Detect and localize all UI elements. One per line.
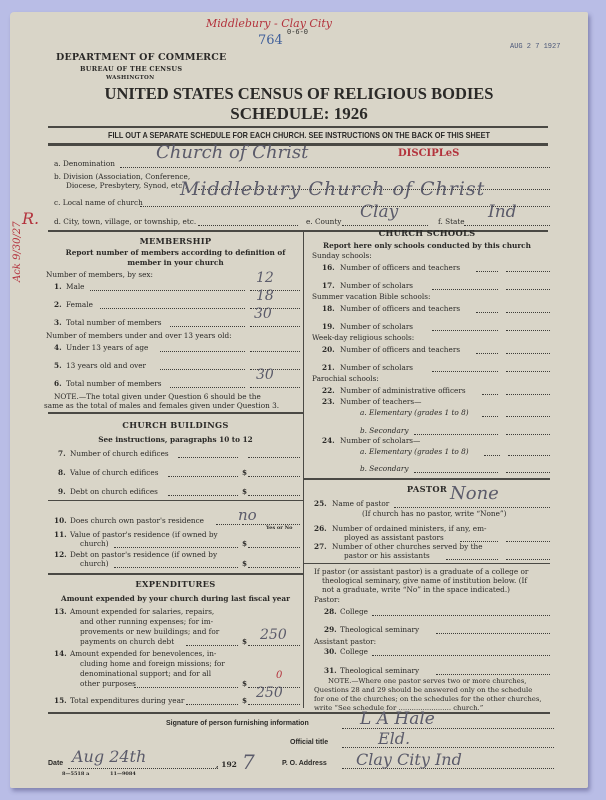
official-title-field[interactable] xyxy=(342,747,554,748)
state-field[interactable] xyxy=(464,225,550,226)
schedule-title: SCHEDULE: 1926 xyxy=(10,104,588,124)
q15-label: Total expenditures during year xyxy=(70,696,184,705)
q16-label: Number of officers and teachers xyxy=(340,263,460,272)
q13-line1: Amount expended for salaries, repairs, xyxy=(70,607,214,616)
q24a-field[interactable] xyxy=(508,455,550,456)
q6-label: Total number of members xyxy=(66,379,162,388)
department-name: DEPARTMENT OF COMMERCE xyxy=(56,52,226,63)
q23b-leader xyxy=(414,434,498,435)
q4-leader xyxy=(160,351,245,352)
q31-assistant-seminary-field[interactable] xyxy=(436,674,550,675)
summer-schools-label: Summer vacation Bible schools: xyxy=(312,292,430,301)
q3-num: 3. xyxy=(54,318,62,327)
q10-num: 10. xyxy=(54,516,67,525)
church-schools-heading: CHURCH SCHOOLS xyxy=(304,228,550,238)
graduate-note-1: If pastor (or assistant pastor) is a gra… xyxy=(314,567,528,576)
pastor-heading: PASTOR xyxy=(304,484,550,494)
q3-total-value: 30 xyxy=(254,306,272,322)
q22-label: Number of administrative officers xyxy=(340,386,466,395)
church-buildings-subheading: See instructions, paragraphs 10 to 12 xyxy=(48,435,303,444)
church-buildings-heading: CHURCH BUILDINGS xyxy=(48,420,303,430)
signature-value: L A Hale xyxy=(360,709,435,729)
q22-field[interactable] xyxy=(506,394,550,395)
q6-total-value: 30 xyxy=(256,367,274,383)
q22-leader xyxy=(482,394,498,395)
q29-num: 29. xyxy=(324,625,337,634)
schedule-code: 0-6-0 xyxy=(287,29,308,37)
q17-leader xyxy=(432,289,498,290)
local-name-label: c. Local name of church xyxy=(54,198,143,207)
membership-note-2: same as the total of males and females g… xyxy=(44,401,279,410)
q18-leader xyxy=(476,312,498,313)
q20-leader xyxy=(476,353,498,354)
q6-num: 6. xyxy=(54,379,62,388)
q13-num: 13. xyxy=(54,607,67,616)
q12-label: Debt on pastor's residence (if owned by xyxy=(70,550,217,559)
q24b-leader xyxy=(414,472,498,473)
divider xyxy=(304,563,550,564)
q23a-leader xyxy=(482,416,498,417)
q11-label: Value of pastor's residence (if owned by xyxy=(70,530,218,539)
q19-num: 19. xyxy=(322,322,335,331)
q30-num: 30. xyxy=(324,647,337,656)
q27-leader xyxy=(446,559,498,560)
q12-leader xyxy=(114,567,238,568)
members-by-sex-label: Number of members, by sex: xyxy=(46,270,153,279)
year-prefix: , 192 xyxy=(216,760,237,769)
po-address-value: Clay City Ind xyxy=(356,750,462,769)
year-value: 7 xyxy=(242,750,255,774)
q24-label: Number of scholars— xyxy=(340,436,420,445)
q9-debt-field[interactable] xyxy=(248,495,300,496)
margin-mark: R. xyxy=(22,209,39,228)
q26-line2: ployed as assistant pastors xyxy=(344,533,444,542)
q20-field[interactable] xyxy=(506,353,550,354)
q4-under13-field[interactable] xyxy=(250,351,300,352)
q13-amount-value: 250 xyxy=(260,627,287,643)
q16-field[interactable] xyxy=(506,271,550,272)
membership-note: NOTE.—The total given under Question 6 s… xyxy=(54,392,261,401)
q28-label: College xyxy=(340,607,368,616)
q4-num: 4. xyxy=(54,343,62,352)
official-title-label: Official title xyxy=(290,739,328,746)
dollar-sign: $ xyxy=(242,559,247,568)
dollar-sign: $ xyxy=(242,679,247,688)
q15-total-value: 250 xyxy=(256,685,283,701)
expenditures-subheading: Amount expended by your church during la… xyxy=(48,594,303,603)
weekday-schools-label: Week-day religious schools: xyxy=(312,333,414,342)
graduate-note-3: not a graduate, write “No” in the space … xyxy=(322,585,510,594)
q16-num: 16. xyxy=(322,263,335,272)
q8-value-field[interactable] xyxy=(248,476,300,477)
q4-label: Under 13 years of age xyxy=(66,343,148,352)
q12-num: 12. xyxy=(54,550,67,559)
q2-female-value: 18 xyxy=(256,288,274,304)
pastor-note-2: Questions 28 and 29 should be answered o… xyxy=(314,686,532,694)
q14-num: 14. xyxy=(54,649,67,658)
q18-num: 18. xyxy=(322,304,335,313)
q5-leader xyxy=(160,369,245,370)
q9-label: Debt on church edifices xyxy=(70,487,158,496)
divider xyxy=(48,126,548,128)
q19-leader xyxy=(432,330,498,331)
q1-num: 1. xyxy=(54,282,62,291)
q11-num: 11. xyxy=(54,530,67,539)
q23b-field[interactable] xyxy=(506,434,550,435)
dollar-sign: $ xyxy=(242,539,247,548)
date-label: Date xyxy=(48,760,63,767)
pastor-note-3: for one of the churches; on the schedule… xyxy=(314,695,542,703)
q18-field[interactable] xyxy=(506,312,550,313)
handwritten-location-note: Middlebury - Clay City xyxy=(206,17,332,30)
q14-line2: cluding home and foreign missions; for xyxy=(80,659,225,668)
q23-label: Number of teachers— xyxy=(340,397,421,406)
q23a-label: a. Elementary (grades 1 to 8) xyxy=(360,408,469,417)
assistant-pastor-subheading: Assistant pastor: xyxy=(314,637,376,646)
q12-label-2: church) xyxy=(80,559,109,568)
q13-amount-field[interactable] xyxy=(248,645,300,646)
dollar-sign: $ xyxy=(242,487,247,496)
q23-num: 23. xyxy=(322,397,335,406)
q27-line1: Number of other churches served by the xyxy=(332,542,483,551)
q15-leader xyxy=(186,704,238,705)
city-label: d. City, town, village, or township, etc… xyxy=(54,217,196,226)
q14-line1: Amount expended for benevolences, in- xyxy=(70,649,216,658)
q15-total-field[interactable] xyxy=(248,704,300,705)
column-divider xyxy=(303,232,304,708)
q27-field[interactable] xyxy=(506,559,550,560)
q27-line2: pastor or his assistants xyxy=(344,551,430,560)
q6-total-field[interactable] xyxy=(250,387,300,388)
q17-label: Number of scholars xyxy=(340,281,413,290)
q29-label: Theological seminary xyxy=(340,625,419,634)
q11-label-2: church) xyxy=(80,539,109,548)
q17-num: 17. xyxy=(322,281,335,290)
print-code: 11—9084 xyxy=(110,771,136,777)
q21-num: 21. xyxy=(322,363,335,372)
q24a-label: a. Elementary (grades 1 to 8) xyxy=(360,447,469,456)
q24b-field[interactable] xyxy=(506,472,550,473)
q1-male-value: 12 xyxy=(256,270,274,286)
q17-field[interactable] xyxy=(506,289,550,290)
graduate-note-2: theological seminary, give name of insti… xyxy=(322,576,527,585)
dollar-sign: $ xyxy=(242,637,247,646)
q8-num: 8. xyxy=(58,468,66,477)
q24b-label: b. Secondary xyxy=(360,464,408,473)
q2-label: Female xyxy=(66,300,93,309)
q11-value-field[interactable] xyxy=(248,547,300,548)
q19-field[interactable] xyxy=(506,330,550,331)
q19-label: Number of scholars xyxy=(340,322,413,331)
q10-leader xyxy=(216,524,240,525)
dollar-sign: $ xyxy=(242,468,247,477)
official-title-value: Eld. xyxy=(378,729,410,748)
q1-leader xyxy=(90,290,245,291)
q15-num: 15. xyxy=(54,696,67,705)
q20-label: Number of officers and teachers xyxy=(340,345,460,354)
denomination-field[interactable] xyxy=(120,167,550,168)
q25-pastor-name-value: None xyxy=(450,483,499,504)
q6-leader xyxy=(170,387,245,388)
q26-field[interactable] xyxy=(506,541,550,542)
signature-label: Signature of person furnishing informati… xyxy=(166,720,309,727)
q25-num: 25. xyxy=(314,499,327,508)
date-value: Aug 24th xyxy=(72,747,146,766)
local-name-value: Middlebury Church of Christ xyxy=(180,178,485,200)
county-field[interactable] xyxy=(342,225,428,226)
q3-leader xyxy=(170,326,245,327)
members-by-age-label: Number of members under and over 13 year… xyxy=(46,331,232,340)
expenditures-heading: EXPENDITURES xyxy=(48,579,303,589)
q10-residence-value: no xyxy=(238,506,257,524)
q7-edifices-field[interactable] xyxy=(248,457,300,458)
q11-leader xyxy=(114,547,238,548)
q23b-label: b. Secondary xyxy=(360,426,408,435)
divider xyxy=(304,478,550,480)
q5-label: 13 years old and over xyxy=(66,361,146,370)
q13-leader xyxy=(186,645,238,646)
q7-label: Number of church edifices xyxy=(70,449,169,458)
q8-label: Value of church edifices xyxy=(70,468,158,477)
q27-num: 27. xyxy=(314,542,327,551)
q14-line4: other purposes xyxy=(80,679,136,688)
q2-leader xyxy=(100,308,245,309)
q3-label: Total number of members xyxy=(66,318,162,327)
bureau-city: WASHINGTON xyxy=(106,75,154,81)
q25-label: Name of pastor xyxy=(332,499,389,508)
q30-label: College xyxy=(340,647,368,656)
q5-num: 5. xyxy=(54,361,62,370)
q29-pastor-seminary-field[interactable] xyxy=(436,633,550,634)
q26-num: 26. xyxy=(314,524,327,533)
q28-num: 28. xyxy=(324,607,337,616)
county-label: e. County xyxy=(306,217,341,226)
membership-subheading-2: member in your church xyxy=(48,258,303,267)
q1-label: Male xyxy=(66,282,84,291)
divider xyxy=(48,500,303,501)
division-label: b. Division (Association, Conference, xyxy=(54,172,190,181)
membership-subheading: Report number of members according to de… xyxy=(48,248,303,257)
q7-leader xyxy=(178,457,238,458)
dollar-sign: $ xyxy=(242,696,247,705)
census-schedule-page: Middlebury - Clay City 764 0-6-0 AUG 2 7… xyxy=(10,12,588,788)
pastor-note-1: NOTE.—Where one pastor serves two or mor… xyxy=(328,677,526,685)
q25-hint: (If church has no pastor, write “None”) xyxy=(362,509,507,518)
po-address-label: P. O. Address xyxy=(282,760,327,767)
denomination-label: a. Denomination xyxy=(54,159,115,168)
received-date-stamp: AUG 2 7 1927 xyxy=(510,43,560,51)
q21-field[interactable] xyxy=(506,371,550,372)
denomination-value: Church of Christ xyxy=(156,142,308,163)
q14-line3: denominational support; and for all xyxy=(80,669,211,678)
division-label-2: Diocese, Presbytery, Synod, etc.) xyxy=(66,181,188,190)
divider xyxy=(48,712,550,714)
instruction-banner: FILL OUT A SEPARATE SCHEDULE FOR EACH CH… xyxy=(50,130,547,140)
q20-num: 20. xyxy=(322,345,335,354)
parochial-schools-label: Parochial schools: xyxy=(312,374,379,383)
q7-num: 7. xyxy=(58,449,66,458)
q13-line2: and other running expenses; for im- xyxy=(80,617,213,626)
q9-leader xyxy=(168,495,238,496)
date-field[interactable] xyxy=(68,768,218,769)
state-label: f. State xyxy=(438,217,465,226)
q10-hint: Yes or No xyxy=(266,525,293,531)
form-number: 8—5518 a xyxy=(62,771,89,777)
q18-label: Number of officers and teachers xyxy=(340,304,460,313)
q23a-field[interactable] xyxy=(506,416,550,417)
q16-leader xyxy=(476,271,498,272)
church-schools-subheading: Report here only schools conducted by th… xyxy=(304,241,550,250)
q12-debt-field[interactable] xyxy=(248,567,300,568)
q21-label: Number of scholars xyxy=(340,363,413,372)
q25-pastor-name-field[interactable] xyxy=(394,507,550,508)
q14-leader xyxy=(134,687,238,688)
q28-pastor-college-field[interactable] xyxy=(372,615,550,616)
q10-label: Does church own pastor's residence xyxy=(70,516,204,525)
q3-total-field[interactable] xyxy=(250,326,300,327)
q13-line4: payments on church debt xyxy=(80,637,174,646)
schedule-number-stamp: 764 xyxy=(258,33,283,48)
q24-num: 24. xyxy=(322,436,335,445)
q31-label: Theological seminary xyxy=(340,666,419,675)
q26-line1: Number of ordained ministers, if any, em… xyxy=(332,524,487,533)
pastor-subheading: Pastor: xyxy=(314,595,340,604)
membership-heading: MEMBERSHIP xyxy=(48,236,303,246)
q8-leader xyxy=(168,476,238,477)
q13-line3: provements or new buildings; and for xyxy=(80,627,219,636)
q31-num: 31. xyxy=(324,666,337,675)
q9-num: 9. xyxy=(58,487,66,496)
q22-num: 22. xyxy=(322,386,335,395)
q24a-leader xyxy=(484,455,500,456)
divider xyxy=(48,573,303,575)
divider xyxy=(48,412,303,414)
city-field[interactable] xyxy=(198,225,298,226)
sunday-schools-label: Sunday schools: xyxy=(312,251,372,260)
q21-leader xyxy=(432,371,498,372)
county-value: Clay xyxy=(360,202,398,222)
q14-amount-value: 0 xyxy=(276,670,282,681)
acknowledged-note: Ack 9/30/27 xyxy=(12,221,23,282)
q30-assistant-college-field[interactable] xyxy=(372,655,550,656)
state-value: Ind xyxy=(488,202,517,222)
denomination-stamp: DISCIPLeS xyxy=(398,148,459,159)
bureau-name: BUREAU OF THE CENSUS xyxy=(80,65,182,73)
q2-num: 2. xyxy=(54,300,62,309)
form-title: UNITED STATES CENSUS OF RELIGIOUS BODIES xyxy=(10,84,588,104)
